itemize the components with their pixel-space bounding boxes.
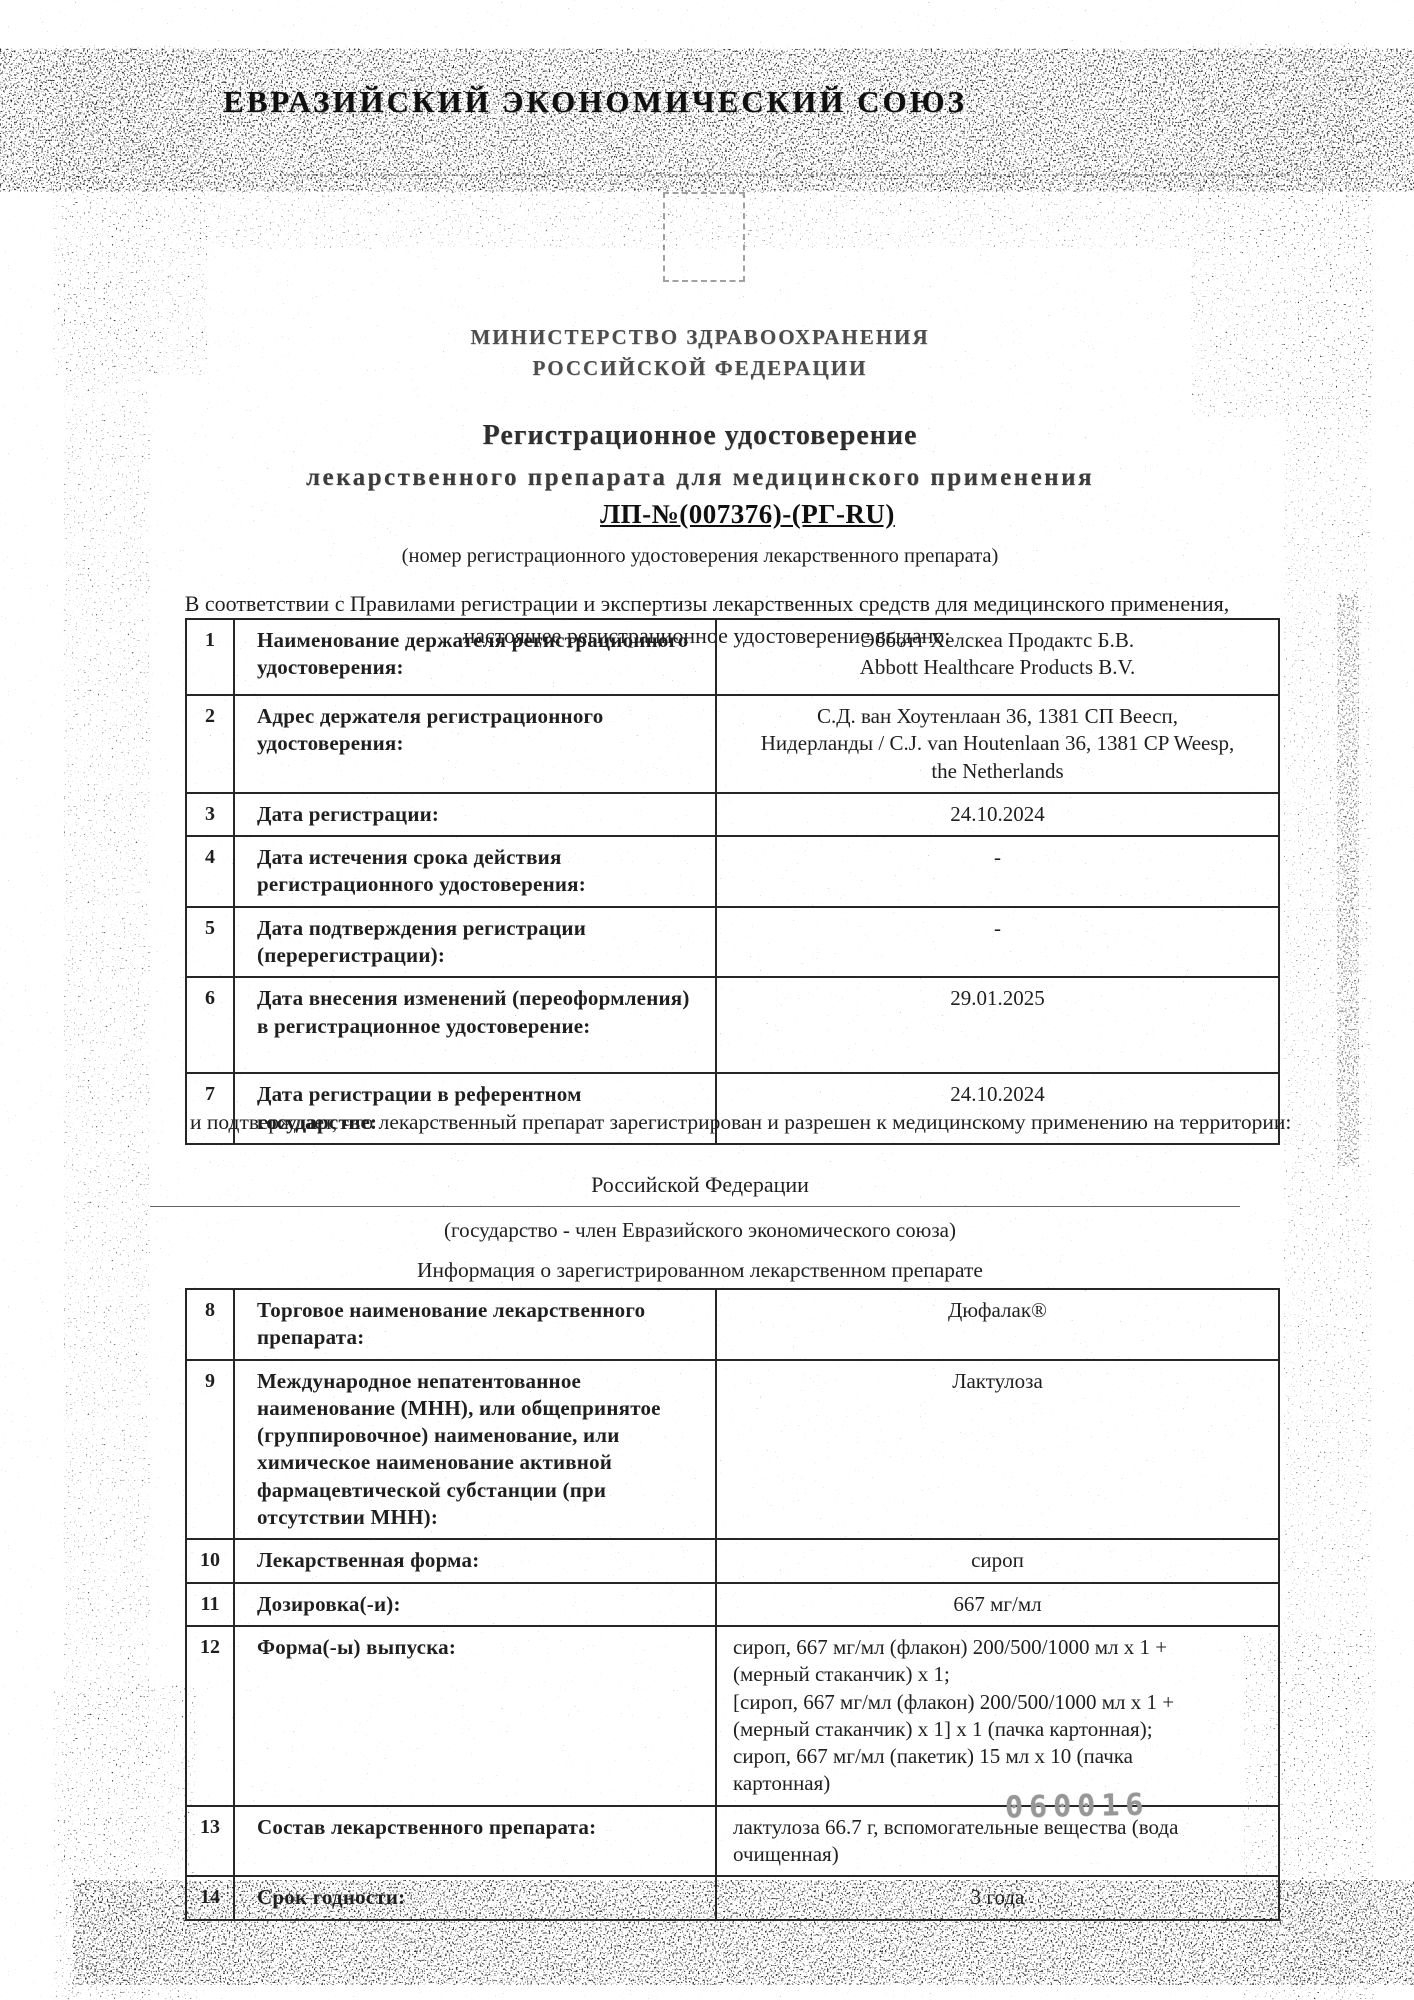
table-row: 1 Наименование держателя регистрационног… [187, 620, 1278, 694]
table-row: 14 Срок годности: 3 года [187, 1875, 1278, 1918]
table-row: 11 Дозировка(-и): 667 мг/мл [187, 1582, 1278, 1625]
row-label: Дозировка(-и): [235, 1584, 717, 1625]
ministry-line1: МИНИСТЕРСТВО ЗДРАВООХРАНЕНИЯ [150, 322, 1250, 353]
table-row: 4 Дата истечения срока действия регистра… [187, 835, 1278, 906]
row-value: - [717, 908, 1278, 977]
document-title: Регистрационное удостоверение [150, 420, 1250, 452]
row-label: Состав лекарственного препарата: [235, 1807, 717, 1876]
row-value: Дюфалак® [717, 1290, 1278, 1359]
drug-info-title: Информация о зарегистрированном лекарств… [150, 1258, 1250, 1283]
territory-caption: (государство - член Евразийского экономи… [150, 1218, 1250, 1243]
document-subtitle: лекарственного препарата для медицинског… [120, 464, 1280, 492]
table-row: 12 Форма(-ы) выпуска: сироп, 667 мг/мл (… [187, 1625, 1278, 1805]
row-label: Дата внесения изменений (переоформления)… [235, 978, 717, 1072]
row-value: 3 года [717, 1877, 1278, 1918]
row-value: 24.10.2024 [717, 794, 1278, 835]
row-label: Лекарственная форма: [235, 1540, 717, 1581]
table-row: 2 Адрес держателя регистрационного удост… [187, 694, 1278, 792]
row-value: 667 мг/мл [717, 1584, 1278, 1625]
row-value: 29.01.2025 [717, 978, 1278, 1072]
row-value: сироп, 667 мг/мл (флакон) 200/500/1000 м… [717, 1627, 1278, 1805]
row-value: лактулоза 66.7 г, вспомогательные вещест… [717, 1807, 1278, 1876]
row-number: 6 [187, 978, 235, 1072]
row-number: 8 [187, 1290, 235, 1359]
row-number: 12 [187, 1627, 235, 1805]
table-row: 9 Международное непатентованное наименов… [187, 1359, 1278, 1539]
confirmation-text: и подтверждает, что лекарственный препар… [190, 1108, 1295, 1137]
drug-info-table: 8 Торговое наименование лекарственного п… [185, 1288, 1280, 1921]
row-value: Эбботт Хелскеа Продактс Б.В. Abbott Heal… [717, 620, 1278, 694]
row-number: 2 [187, 696, 235, 792]
territory-divider [150, 1206, 1240, 1207]
row-value: С.Д. ван Хоутенлаан 36, 1381 СП Веесп, Н… [717, 696, 1278, 792]
registration-number: ЛП-№(007376)-(РГ-RU) [225, 499, 1270, 530]
row-number: 14 [187, 1877, 235, 1918]
row-number: 11 [187, 1584, 235, 1625]
row-number: 5 [187, 908, 235, 977]
row-label: Адрес держателя регистрационного удостов… [235, 696, 717, 792]
top-divider [280, 174, 1290, 176]
row-number: 1 [187, 620, 235, 694]
row-number: 9 [187, 1361, 235, 1539]
row-number: 4 [187, 837, 235, 906]
table-row: 3 Дата регистрации: 24.10.2024 [187, 792, 1278, 835]
row-number: 13 [187, 1807, 235, 1876]
certificate-page: ЕВРАЗИЙСКИЙ ЭКОНОМИЧЕСКИЙ СОЮЗ МИНИСТЕРС… [0, 0, 1414, 2000]
stamp-number: 060016 [1005, 1787, 1150, 1825]
holder-info-table: 1 Наименование держателя регистрационног… [185, 618, 1280, 1145]
row-label: Срок годности: [235, 1877, 717, 1918]
row-value: сироп [717, 1540, 1278, 1581]
table-row: 10 Лекарственная форма: сироп [187, 1538, 1278, 1581]
row-value: Лактулоза [717, 1361, 1278, 1539]
table-row: 6 Дата внесения изменений (переоформлени… [187, 976, 1278, 1072]
row-label: Наименование держателя регистрационного … [235, 620, 717, 694]
row-label: Дата регистрации: [235, 794, 717, 835]
row-label: Форма(-ы) выпуска: [235, 1627, 717, 1805]
ministry-name: МИНИСТЕРСТВО ЗДРАВООХРАНЕНИЯ РОССИЙСКОЙ … [150, 322, 1250, 384]
row-number: 3 [187, 794, 235, 835]
ministry-line2: РОССИЙСКОЙ ФЕДЕРАЦИИ [150, 353, 1250, 384]
registration-number-caption: (номер регистрационного удостоверения ле… [150, 545, 1250, 568]
row-value: - [717, 837, 1278, 906]
table-row: 5 Дата подтверждения регистрации (перере… [187, 906, 1278, 977]
table-row: 8 Торговое наименование лекарственного п… [187, 1290, 1278, 1359]
row-label: Дата истечения срока действия регистраци… [235, 837, 717, 906]
row-label: Дата подтверждения регистрации (перереги… [235, 908, 717, 977]
row-label: Международное непатентованное наименован… [235, 1361, 717, 1539]
ministry-emblem-icon [663, 192, 745, 282]
document-content: ЕВРАЗИЙСКИЙ ЭКОНОМИЧЕСКИЙ СОЮЗ МИНИСТЕРС… [0, 0, 1414, 2000]
territory-name: Российской Федерации [150, 1172, 1250, 1198]
row-label: Торговое наименование лекарственного пре… [235, 1290, 717, 1359]
union-title: ЕВРАЗИЙСКИЙ ЭКОНОМИЧЕСКИЙ СОЮЗ [130, 84, 1060, 120]
row-number: 10 [187, 1540, 235, 1581]
